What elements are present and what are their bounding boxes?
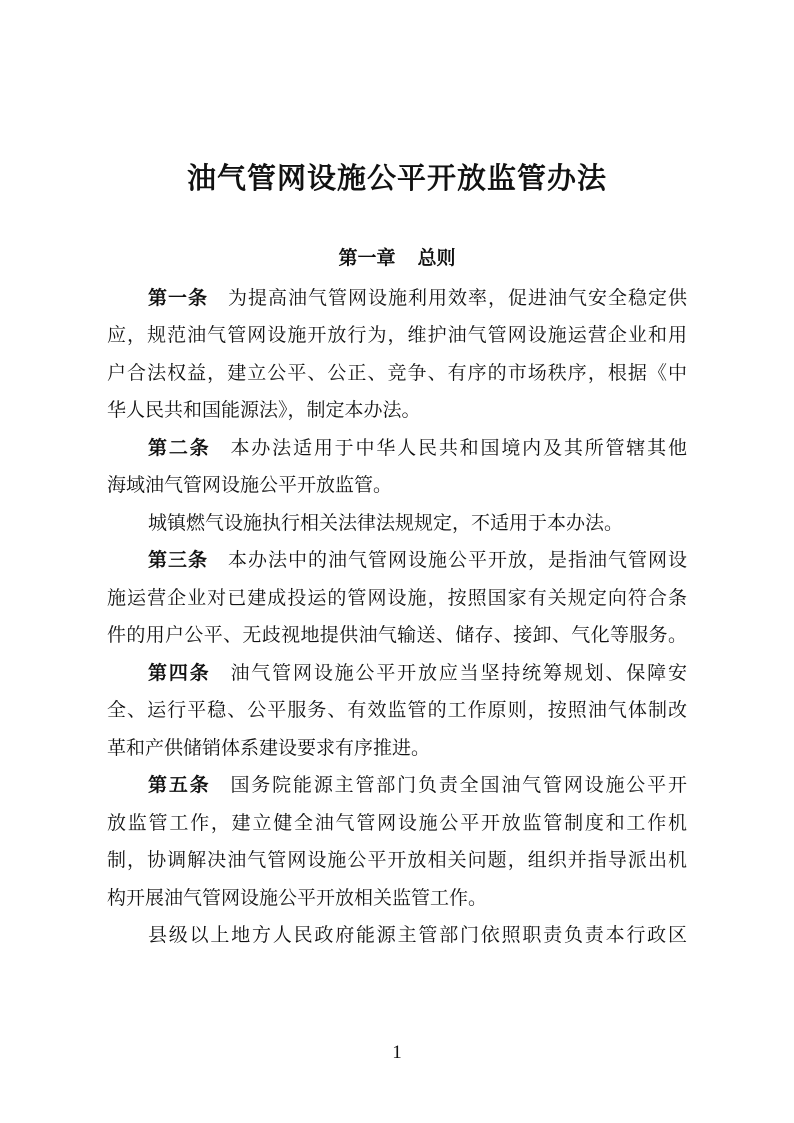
text-line: 第三条本办法中的油气管网设施公平开放，是指油气管网设 xyxy=(148,548,687,572)
text-line: 件的用户公平、无歧视地提供油气输送、储存、接卸、气化等服务。 xyxy=(107,623,687,647)
text-line: 应，规范油气管网设施开放行为，维护油气管网设施运营企业和用 xyxy=(107,323,687,347)
line-text: 全、运行平稳、公平服务、有效监管的工作原则，按照油气体制改 xyxy=(107,699,687,721)
article-label: 第四条 xyxy=(148,662,211,684)
line-text: 本办法中的油气管网设施公平开放，是指油气管网设 xyxy=(228,549,687,571)
line-text: 城镇燃气设施执行相关法律法规规定，不适用于本办法。 xyxy=(148,512,623,534)
line-text: 本办法适用于中华人民共和国境内及其所管辖其他 xyxy=(231,437,687,459)
text-line: 华人民共和国能源法》，制定本办法。 xyxy=(107,398,687,422)
text-line: 城镇燃气设施执行相关法律法规规定，不适用于本办法。 xyxy=(148,511,687,535)
line-text: 放监管工作，建立健全油气管网设施公平开放监管制度和工作机 xyxy=(107,812,687,834)
document-page: 油气管网设施公平开放监管办法 第一章总则 第一条为提高油气管网设施利用效率，促进… xyxy=(0,0,794,1123)
text-line: 户合法权益，建立公平、公正、竞争、有序的市场秩序，根据《中 xyxy=(107,361,687,385)
line-text: 海域油气管网设施公平开放监管。 xyxy=(107,474,392,496)
line-text: 构开展油气管网设施公平开放相关监管工作。 xyxy=(107,887,487,909)
article-label: 第二条 xyxy=(148,437,211,459)
page-number: 1 xyxy=(0,1042,794,1064)
text-line: 海域油气管网设施公平开放监管。 xyxy=(107,473,687,497)
article-label: 第一条 xyxy=(148,287,208,309)
text-line: 革和产供储销体系建设要求有序推进。 xyxy=(107,736,687,760)
line-text: 国务院能源主管部门负责全国油气管网设施公平开 xyxy=(231,774,687,796)
text-line: 制，协调解决油气管网设施公平开放相关问题，组织并指导派出机 xyxy=(107,848,687,872)
text-line: 县级以上地方人民政府能源主管部门依照职责负责本行政区 xyxy=(148,923,687,947)
line-text: 施运营企业对已建成投运的管网设施，按照国家有关规定向符合条 xyxy=(107,587,687,609)
text-line: 构开展油气管网设施公平开放相关监管工作。 xyxy=(107,886,687,910)
text-line: 全、运行平稳、公平服务、有效监管的工作原则，按照油气体制改 xyxy=(107,698,687,722)
line-text: 县级以上地方人民政府能源主管部门依照职责负责本行政区 xyxy=(148,924,687,946)
article-label: 第三条 xyxy=(148,549,208,571)
line-text: 华人民共和国能源法》，制定本办法。 xyxy=(107,399,421,421)
text-line: 第一条为提高油气管网设施利用效率，促进油气安全稳定供 xyxy=(148,286,687,310)
chapter-name: 总则 xyxy=(418,247,456,269)
text-line: 第五条国务院能源主管部门负责全国油气管网设施公平开 xyxy=(148,773,687,797)
line-text: 制，协调解决油气管网设施公平开放相关问题，组织并指导派出机 xyxy=(107,849,687,871)
document-title: 油气管网设施公平开放监管办法 xyxy=(0,156,794,197)
chapter-number: 第一章 xyxy=(338,247,395,269)
line-text: 为提高油气管网设施利用效率，促进油气安全稳定供 xyxy=(228,287,687,309)
line-text: 应，规范油气管网设施开放行为，维护油气管网设施运营企业和用 xyxy=(107,324,687,346)
line-text: 户合法权益，建立公平、公正、竞争、有序的市场秩序，根据《中 xyxy=(107,362,687,384)
text-line: 第二条本办法适用于中华人民共和国境内及其所管辖其他 xyxy=(148,436,687,460)
line-text: 革和产供储销体系建设要求有序推进。 xyxy=(107,737,430,759)
text-line: 放监管工作，建立健全油气管网设施公平开放监管制度和工作机 xyxy=(107,811,687,835)
text-line: 施运营企业对已建成投运的管网设施，按照国家有关规定向符合条 xyxy=(107,586,687,610)
line-text: 件的用户公平、无歧视地提供油气输送、储存、接卸、气化等服务。 xyxy=(107,624,687,646)
chapter-heading: 第一章总则 xyxy=(0,243,794,270)
article-label: 第五条 xyxy=(148,774,211,796)
text-line: 第四条油气管网设施公平开放应当坚持统筹规划、保障安 xyxy=(148,661,687,685)
line-text: 油气管网设施公平开放应当坚持统筹规划、保障安 xyxy=(231,662,687,684)
